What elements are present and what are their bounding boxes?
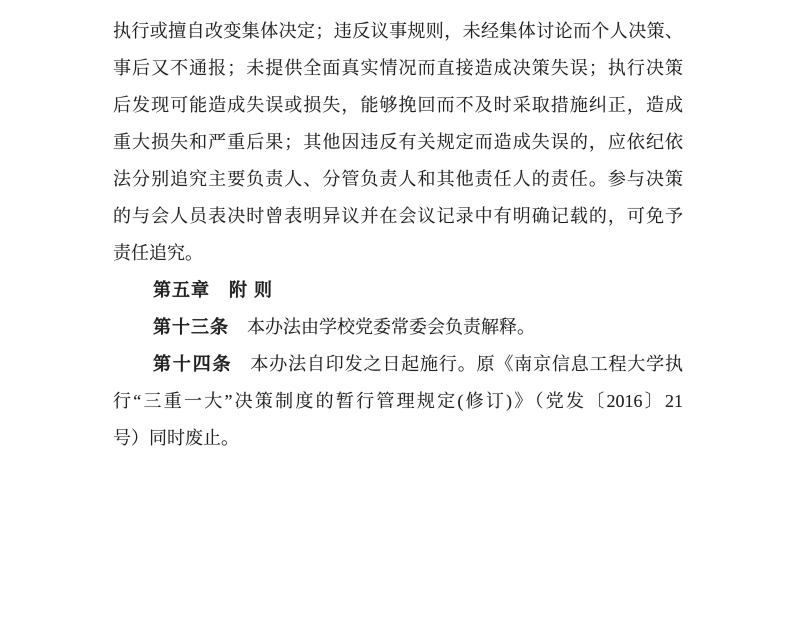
body-line-2: 事后又不通报；未提供全面真实情况而直接造成决策失误；执行决策 [113,50,683,87]
body-line-6: 的与会人员表决时曾表明异议并在会议记录中有明确记载的，可免予 [113,198,683,235]
body-line-4: 重大损失和严重后果；其他因违反有关规定而造成失误的，应依纪依 [113,124,683,161]
body-line-7: 责任追究。 [113,235,683,272]
chapter-heading: 第五章 附 则 [113,272,683,309]
body-line-1: 执行或擅自改变集体决定；违反议事规则，未经集体讨论而个人决策、 [113,13,683,50]
body-line-3: 后发现可能造成失误或损失，能够挽回而不及时采取措施纠正，造成 [113,87,683,124]
article-14-line-2: 行“三重一大”决策制度的暂行管理规定(修订)》（党发〔2016〕21 [113,383,683,420]
article-13-label: 第十三条 [153,317,229,337]
article-13-text: 本办法由学校党委常委会负责解释。 [247,317,535,337]
article-13-line: 第十三条本办法由学校党委常委会负责解释。 [113,309,683,346]
article-14-label: 第十四条 [153,354,232,374]
document-text-block: 执行或擅自改变集体决定；违反议事规则，未经集体讨论而个人决策、 事后又不通报；未… [113,13,683,457]
document-page: 执行或擅自改变集体决定；违反议事规则，未经集体讨论而个人决策、 事后又不通报；未… [0,0,794,624]
article-14-line-3: 号）同时废止。 [113,420,683,457]
article-14-line-1: 第十四条本办法自印发之日起施行。原《南京信息工程大学执 [113,346,683,383]
body-line-5: 法分别追究主要负责人、分管负责人和其他责任人的责任。参与决策 [113,161,683,198]
article-14-text-start: 本办法自印发之日起施行。原《南京信息工程大学执 [250,354,683,374]
